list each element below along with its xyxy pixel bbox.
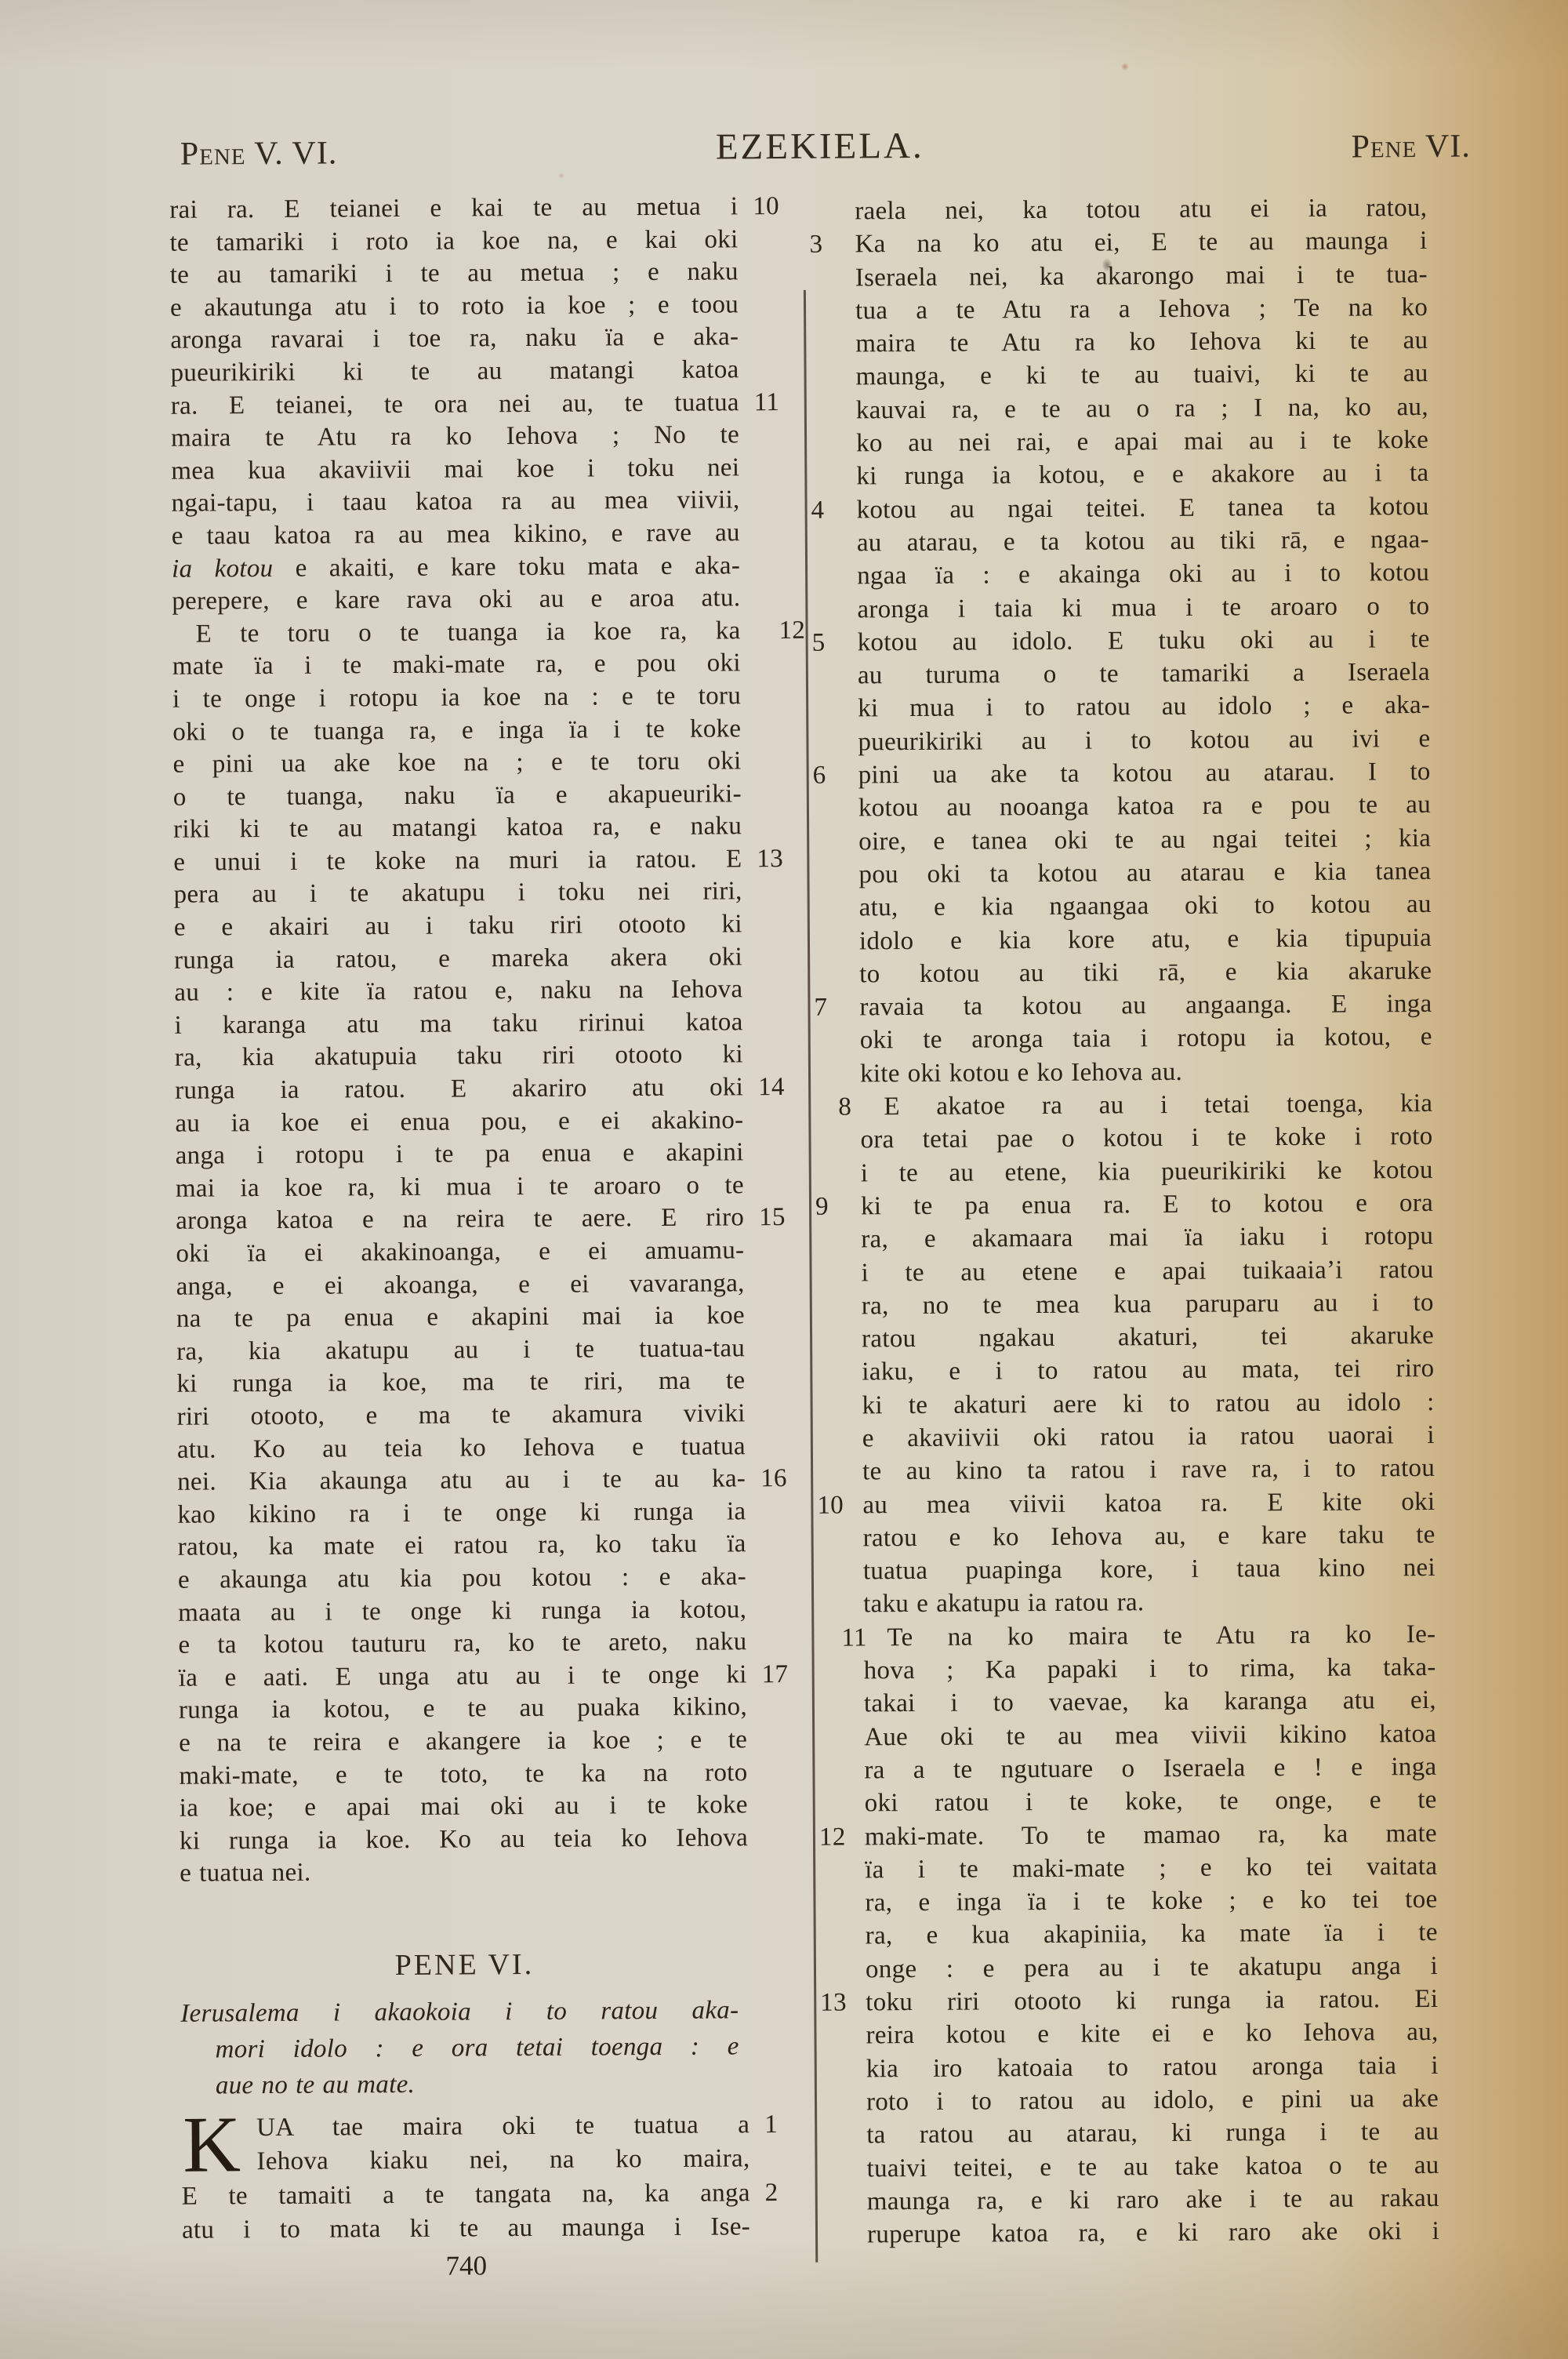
line-text: raela nei, ka totou atu ei ia ratou, — [855, 194, 1427, 225]
line-text: pini ua ake ta kotou au atarau. I to — [858, 758, 1431, 789]
line-text: reira kotou e kite ei e ko Iehova au, — [866, 2018, 1438, 2049]
text-line: Ierusalema i akaokoia i to ratou aka- — [180, 1992, 739, 2031]
line-text: tua a te Atu ra a Iehova ; Te na ko — [855, 293, 1428, 325]
line-text: onge : e pera au i te akatupu anga i — [866, 1952, 1438, 1983]
text-line: kia iro katoaia to ratou aronga taia i — [866, 2049, 1439, 2086]
line-text: ko au nei rai, e apai mai au i te koke — [856, 426, 1428, 457]
line-text: pera au i te akatupu i toku nei riri, — [173, 878, 742, 909]
text-line: ora tetai pae o kotou i te koke i roto — [860, 1120, 1432, 1157]
line-text: ra, e inga ïa i te koke ; e ko tei toe — [865, 1885, 1437, 1917]
text-line: o te tuanga, naku ïa e akapueuriki- — [173, 778, 742, 814]
text-line: 16nei. Kia akaunga atu au i te au ka- — [177, 1463, 746, 1499]
text-line: kite oki kotou e ko Iehova au. — [860, 1054, 1432, 1091]
verse-number: 5 — [812, 627, 826, 660]
line-text: ra, e kua akapiniia, ka mate ïa i te — [866, 1918, 1438, 1950]
line-text: idolo e kia kore atu, e kia tipupuia — [859, 923, 1432, 954]
line-text: nei. Kia akaunga atu au i te au ka- — [177, 1464, 746, 1496]
line-text: kotou au ngai teitei. E tanea ta kotou — [857, 493, 1429, 524]
text-line: takai i to vaevae, ka karanga atu ei, — [864, 1684, 1436, 1721]
text-line: au atarau, e ta kotou au tiki rā, e ngaa… — [857, 523, 1429, 560]
text-line: 10rai ra. E teianei e kai te au metua i — [169, 191, 738, 227]
verse-number: 12 — [755, 615, 805, 648]
text-line: ia koe; e apai mai oki au i te koke — [180, 1789, 748, 1825]
line-text: au turuma o te tamariki a Iseraela — [858, 658, 1430, 689]
line-text: maunga, e ki te au tuaivi, ki te au — [855, 359, 1428, 391]
line-text: e taau katoa ra au mea kikino, e rave au — [172, 518, 740, 550]
line-text: oire, e tanea oki te au ngai teitei ; ki… — [858, 824, 1431, 856]
text-line: 9ki te pa enua ra. E to kotou e ora — [861, 1187, 1433, 1223]
line-text: e tuatua nei. — [180, 1859, 310, 1888]
text-line: 15aronga katoa e na reira te aere. E rir… — [176, 1202, 744, 1238]
text-line: te au tamariki i te au metua ; e naku — [170, 256, 739, 293]
line-text: maata au i te onge ki runga ia kotou, — [178, 1595, 746, 1627]
verse-number: 12 — [819, 1820, 846, 1854]
text-line: ra, no te mea kua paruparu au i to — [862, 1286, 1434, 1323]
text-line: e akaunga atu kia pou kotou : e aka- — [178, 1561, 746, 1597]
verse-number: 1 — [764, 2108, 778, 2143]
text-line: runga ia ratou, e mareka akera oki — [174, 941, 742, 977]
line-text: UA tae maira oki te tuatua a — [256, 2110, 750, 2142]
text-line: au turuma o te tamariki a Iseraela — [858, 656, 1430, 692]
line-text: mori idolo : e ora tetai toenga : e — [215, 2032, 739, 2063]
text-line: ratou ngakau akaturi, tei akaruke — [862, 1319, 1434, 1356]
line-text: tuaivi teitei, e te au take katoa o te a… — [866, 2150, 1439, 2182]
text-line: i te onge i rotopu ia koe na : e te toru — [172, 680, 741, 716]
verse-number: 2 — [765, 2176, 779, 2211]
line-text: ïa i te maki-mate ; e ko tei vaitata — [865, 1852, 1437, 1884]
text-line: ia kotou e akaiti, e kare toku mata e ak… — [172, 550, 740, 586]
text-line: pueurikiriki ki te au matangi katoa — [170, 354, 739, 390]
line-text: tuatua puapinga kore, i taua kino nei — [863, 1554, 1436, 1585]
text-line: ïa i te maki-mate ; e ko tei vaitata — [865, 1850, 1437, 1887]
line-text: E te tamaiti a te tangata na, ka anga — [182, 2179, 750, 2210]
text-line: anga i rotopu i te pa enua e akapini — [176, 1137, 744, 1173]
text-line: e na te reira e akangere ia koe ; e te — [179, 1724, 747, 1760]
line-text: takai i to vaevae, ka karanga atu ei, — [864, 1686, 1436, 1717]
verse-number: 17 — [762, 1659, 789, 1692]
text-line: ra, e kua akapiniia, ka mate ïa i te — [866, 1916, 1438, 1953]
text-line: 5kotou au idolo. E tuku oki au i te — [858, 623, 1430, 660]
text-line: aue no te au mate. — [181, 2064, 739, 2103]
text-line: aronga ravarai i toe ra, naku ïa e aka- — [170, 322, 739, 358]
line-text: ki te pa enua ra. E to kotou e ora — [861, 1189, 1433, 1220]
text-line: hova ; Ka papaki i to rima, ka taka- — [864, 1651, 1436, 1688]
text-line: taku e akatupu ia ratou ra. — [863, 1584, 1436, 1621]
text-line: 3Ka na ko atu ei, E te au maunga i — [855, 224, 1427, 261]
line-text: te au tamariki i te au metua ; e naku — [170, 258, 739, 289]
chapter-opening-paragraph: K 1UA tae maira oki te tuatua aIehova ki… — [181, 2108, 750, 2248]
line-text: atu, e kia ngaangaa oki to kotou au — [859, 890, 1432, 921]
verse-number: 13 — [820, 1986, 847, 2020]
line-text: rai ra. E teianei e kai te au metua i — [169, 192, 738, 224]
line-text: ra, kia akatupu au i te tuatua-tau — [176, 1334, 745, 1365]
text-line: Aue oki te au mea viivii kikino katoa — [864, 1717, 1436, 1754]
text-line: e taau katoa ra au mea kikino, e rave au — [172, 517, 740, 553]
text-line: oire, e tanea oki te au ngai teitei ; ki… — [858, 822, 1431, 859]
line-text: ia koe; e apai mai oki au i te koke — [180, 1790, 748, 1822]
line-text: ruperupe katoa ra, e ki raro ake oki i — [867, 2217, 1439, 2248]
line-text: kite oki kotou e ko Iehova au. — [860, 1058, 1182, 1089]
text-line: tuatua puapinga kore, i taua kino nei — [863, 1551, 1436, 1588]
line-text: roto i to ratou au idolo, e pini ua ake — [866, 2085, 1439, 2116]
line-text: au : e kite ïa ratou e, naku na Iehova — [174, 976, 742, 1007]
line-text: ki runga ia koe, ma te riri, ma te — [176, 1367, 745, 1398]
text-line: to kotou au tiki rā, e kia akaruke — [859, 954, 1432, 991]
line-text: pueurikiriki ki te au matangi katoa — [170, 355, 739, 387]
line-text: taku e akatupu ia ratou ra. — [863, 1589, 1144, 1619]
column-divider-rule — [804, 290, 818, 2263]
text-line: pera au i te akatupu i toku nei riri, — [173, 876, 742, 912]
line-text: ratou e ko Iehova au, e kare taku te — [863, 1521, 1436, 1552]
text-line: 14runga ia ratou. E akariro atu oki — [175, 1071, 743, 1107]
text-line: iaku, e i to ratou au mata, tei riro — [862, 1352, 1434, 1389]
text-line: ta ratou au atarau, ki runga i te au — [866, 2115, 1439, 2152]
line-text: runga ia kotou, e te au puaka kikino, — [179, 1693, 747, 1725]
page-content: Pene V. VI. EZEKIELA. Pene VI. 10rai ra.… — [0, 0, 1568, 2359]
line-text: E akatoe ra au i tetai toenga, kia — [884, 1089, 1432, 1121]
text-line: ko au nei rai, e apai mai au i te koke — [856, 423, 1428, 460]
verse-number: 16 — [760, 1463, 787, 1496]
text-line: reira kotou e kite ei e ko Iehova au, — [866, 2016, 1438, 2052]
chapter-summary: Ierusalema i akaokoia i to ratou aka-mor… — [180, 1992, 739, 2103]
line-text: maki-mate. To te mamao ra, ka mate — [865, 1819, 1437, 1850]
line-text: Te na ko maira te Atu ra ko Ie- — [887, 1620, 1436, 1652]
line-text: ngai-tapu, i taau katoa ra au mea viivii… — [171, 486, 739, 518]
line-text: te au kino ta ratou i rave ra, i to rato… — [862, 1454, 1435, 1485]
verse-number: 11 — [754, 387, 780, 420]
text-line: pou oki ta kotou au atarau e kia tanea — [858, 855, 1431, 892]
text-line: mate ïa i te maki-mate ra, e pou oki — [172, 648, 741, 684]
line-text: toku riri otooto ki runga ia ratou. Ei — [866, 1985, 1438, 2016]
text-line: mea kua akaviivii mai koe i toku nei — [171, 452, 739, 488]
line-text: maki-mate, e te toto, te ka na roto — [179, 1758, 747, 1790]
text-line: i te au etene, kia pueurikiriki ke kotou — [861, 1154, 1433, 1190]
text-line: ki runga ia kotou, e e akakore au i ta — [856, 456, 1428, 493]
line-text: te tamariki i roto ia koe na, e kai oki — [169, 225, 738, 256]
italic-phrase: ia kotou — [172, 554, 274, 583]
text-line: idolo e kia kore atu, e kia tipupuia — [859, 921, 1432, 958]
line-text: aue no te au mate. — [216, 2070, 415, 2100]
line-text: i te au etene e apai tuikaaia’i ratou — [861, 1255, 1433, 1286]
text-line: kao kikino ra i te onge ki runga ia — [177, 1496, 746, 1532]
text-line: maunga, e ki te au tuaivi, ki te au — [855, 357, 1428, 394]
text-line: ruperupe katoa ra, e ki raro ake oki i — [867, 2215, 1439, 2252]
line-text: e akaiti, e kare toku mata e aka- — [273, 551, 740, 583]
line-text: au ia koe ei enua pou, e ei akakino- — [175, 1106, 743, 1137]
line-text: ra, e akamaara mai ïa iaku i rotopu — [861, 1222, 1433, 1253]
line-text: atu i to mata ki te au maunga i Ise- — [182, 2213, 750, 2245]
line-text: Ka na ko atu ei, E te au maunga i — [855, 227, 1427, 258]
text-line: mai ia koe ra, ki mua i te aroaro o te — [176, 1169, 744, 1205]
text-line: riki ki te au matangi katoa ra, e naku — [173, 811, 742, 847]
text-line: ra a te ngutuare o Iseraela e ! e inga — [864, 1750, 1436, 1787]
right-text-column: raela nei, ka totou atu ei ia ratou,3Ka … — [855, 191, 1439, 2252]
text-line: ki mua i to ratou au idolo ; e aka- — [858, 689, 1430, 725]
line-text: au atarau, e ta kotou au tiki rā, e ngaa… — [857, 525, 1429, 557]
text-line: 6pini ua ake ta kotou au atarau. I to — [858, 755, 1431, 792]
line-text: perepere, e kare rava oki au e aroa atu. — [172, 583, 740, 615]
text-line: mori idolo : e ora tetai toenga : e — [180, 2028, 739, 2067]
text-line: roto i to ratou au idolo, e pini ua ake — [866, 2082, 1439, 2119]
line-text: e na te reira e akangere ia koe ; e te — [179, 1725, 747, 1757]
text-line: 4kotou au ngai teitei. E tanea ta kotou — [856, 490, 1428, 527]
verse-number: 8 — [815, 1090, 851, 1124]
line-text: pou oki ta kotou au atarau e kia tanea — [858, 857, 1431, 889]
text-line: e akautunga atu i to roto ia koe ; e too… — [170, 289, 739, 325]
line-text: maira te Atu ra ko Iehova ; No te — [171, 420, 739, 452]
verse-number: 6 — [813, 759, 826, 792]
text-line: raela nei, ka totou atu ei ia ratou, — [855, 191, 1427, 228]
text-line: Iehova kiaku nei, na ko maira, — [181, 2143, 750, 2180]
text-line: ra, e akamaara mai ïa iaku i rotopu — [861, 1219, 1433, 1256]
text-line: oki o te tuanga ra, e inga ïa i te koke — [172, 713, 741, 749]
line-text: runga ia ratou, e mareka akera oki — [174, 943, 742, 974]
text-line: te au kino ta ratou i rave ra, i to rato… — [862, 1452, 1435, 1488]
text-line: maunga ra, e ki raro ake i te au rakau — [867, 2182, 1439, 2219]
line-text: e e akairi au i taku riri otooto ki — [174, 910, 742, 941]
verse-number: 15 — [759, 1201, 786, 1234]
line-text: aronga i taia ki mua i te aroaro o to — [857, 592, 1429, 623]
running-head-right: Pene VI. — [1351, 128, 1471, 166]
text-line: i te au etene e apai tuikaaia’i ratou — [861, 1252, 1433, 1289]
text-line: na te pa enua e akapini mai ia koe — [176, 1300, 745, 1336]
text-line: au ia koe ei enua pou, e ei akakino- — [175, 1104, 743, 1140]
text-line: pueurikiriki au i to kotou au ivi e — [858, 722, 1430, 759]
line-text: maunga ra, e ki raro ake i te au rakau — [867, 2184, 1439, 2215]
text-line: e tuatua nei. — [180, 1855, 748, 1891]
text-line: maata au i te onge ki runga ia kotou, — [178, 1594, 746, 1630]
line-text: to kotou au tiki rā, e kia akaruke — [859, 957, 1432, 988]
line-text: e ta kotou tauturu ra, ko te areto, naku — [178, 1627, 746, 1659]
text-line: e pini ua ake koe na ; e te toru oki — [172, 745, 741, 781]
line-text: e akaviivii oki ratou ia ratou uaorai i — [862, 1421, 1435, 1452]
text-line: ki runga ia koe, ma te riri, ma te — [176, 1365, 745, 1401]
verse-number: 4 — [811, 493, 824, 526]
text-line: Iseraela nei, ka akarongo mai i te tua- — [855, 258, 1428, 295]
text-line: te tamariki i roto ia koe na, e kai oki — [169, 224, 738, 260]
text-line: ratou, ka mate ei ratou ra, ko taku ïa — [178, 1528, 746, 1565]
line-text: aronga ravarai i toe ra, naku ïa e aka- — [170, 323, 739, 354]
text-line: e ta kotou tauturu ra, ko te areto, naku — [178, 1626, 746, 1662]
text-line: 12maki-mate. To te mamao ra, ka mate — [865, 1816, 1437, 1853]
line-text: mai ia koe ra, ki mua i te aroaro o te — [176, 1171, 744, 1202]
text-line: e e akairi au i taku riri otooto ki — [174, 908, 742, 944]
line-text: ra, kia akatupuia taku riri otooto ki — [175, 1041, 743, 1072]
text-line: oki ratou i te koke, te onge, e te — [865, 1783, 1437, 1820]
text-line: ra, kia akatupu au i te tuatua-tau — [176, 1332, 745, 1369]
line-text: ki runga ia kotou, e e akakore au i ta — [856, 459, 1428, 490]
text-line: kotou au nooanga katoa ra e pou te au — [858, 788, 1431, 825]
verse-number: 7 — [814, 991, 827, 1024]
line-text: ora tetai pae o kotou i te koke i roto — [860, 1122, 1432, 1154]
line-text: ravaia ta kotou au angaanga. E inga — [859, 990, 1432, 1021]
line-text: mate ïa i te maki-mate ra, e pou oki — [172, 649, 741, 681]
line-text: ki runga ia koe. Ko au teia ko Iehova — [180, 1823, 748, 1855]
running-head-title: EZEKIELA. — [716, 125, 924, 169]
text-line: 7ravaia ta kotou au angaanga. E inga — [859, 987, 1432, 1024]
line-text: e unui i te koke na muri ia ratou. E — [173, 845, 742, 876]
line-text: riki ki te au matangi katoa ra, e naku — [173, 812, 742, 844]
verse-number: 9 — [815, 1190, 829, 1223]
text-line: ratou e ko Iehova au, e kare taku te — [863, 1518, 1436, 1555]
line-text: ngaa ïa : e akainga oki au i to kotou — [857, 558, 1429, 590]
line-text: kao kikino ra i te onge ki runga ia — [177, 1497, 746, 1528]
text-line: oki te aronga taia i rotopu ia kotou, e — [860, 1020, 1432, 1057]
line-text: oki te aronga taia i rotopu ia kotou, e — [860, 1023, 1432, 1054]
text-line: 10au mea viivii katoa ra. E kite oki — [862, 1485, 1435, 1522]
text-line: e akaviivii oki ratou ia ratou uaorai i — [862, 1419, 1435, 1456]
text-line: ngai-tapu, i taau katoa ra au mea viivii… — [171, 485, 739, 521]
text-line: tuaivi teitei, e te au take katoa o te a… — [866, 2148, 1439, 2185]
line-text: aronga katoa e na reira te aere. E riro — [176, 1204, 744, 1235]
text-line: runga ia kotou, e te au puaka kikino, — [179, 1692, 747, 1728]
text-line: kauvai ra, e te au o ra ; I na, ko au, — [856, 391, 1428, 427]
line-text: oki ïa ei akakinoanga, e ei amuamu- — [176, 1236, 744, 1267]
line-text: i karanga atu ma taku ririnui katoa — [175, 1008, 743, 1039]
line-text: Ierusalema i akaokoia i to ratou aka- — [180, 1996, 739, 2027]
line-text: e akautunga atu i to roto ia koe ; e too… — [170, 290, 739, 322]
text-line: ki runga ia koe. Ko au teia ko Iehova — [180, 1822, 748, 1858]
text-line: oki ïa ei akakinoanga, e ei amuamu- — [176, 1234, 744, 1270]
line-text: ra, no te mea kua paruparu au i to — [862, 1289, 1434, 1320]
left-text-column: 10rai ra. E teianei e kai te au metua it… — [169, 191, 750, 2285]
text-line: 1UA tae maira oki te tuatua a — [181, 2108, 750, 2146]
text-line: maira te Atu ra ko Iehova ki te au — [855, 324, 1428, 361]
line-text: oki ratou i te koke, te onge, e te — [865, 1786, 1437, 1817]
line-text: i te onge i rotopu ia koe na : e te toru — [172, 682, 741, 713]
verse-number: 10 — [817, 1488, 844, 1522]
text-line: tua a te Atu ra a Iehova ; Te na ko — [855, 291, 1428, 328]
text-line: perepere, e kare rava oki au e aroa atu. — [172, 582, 740, 618]
line-text: E te toru o te tuanga ia koe ra, ka — [195, 616, 740, 648]
text-line: 11ra. E teianei, te ora nei au, te tuatu… — [171, 387, 739, 423]
line-text: pueurikiriki au i to kotou au ivi e — [858, 725, 1430, 756]
line-text: na te pa enua e akapini mai ia koe — [176, 1302, 745, 1333]
line-text: atu. Ko au teia ko Iehova e tuatua — [177, 1432, 746, 1463]
line-text: Iehova kiaku nei, na ko maira, — [256, 2145, 750, 2176]
text-line: ra, e inga ïa i te koke ; e ko tei toe — [865, 1883, 1437, 1920]
chapter-heading: PENE VI. — [180, 1945, 749, 1984]
line-text: maira te Atu ra ko Iehova ki te au — [855, 326, 1428, 358]
line-text: ra a te ngutuare o Iseraela e ! e inga — [864, 1753, 1436, 1784]
verse-number: 3 — [809, 228, 822, 261]
left-column-lines: 10rai ra. E teianei e kai te au metua it… — [169, 191, 748, 1890]
text-line: atu. Ko au teia ko Iehova e tuatua — [177, 1430, 746, 1467]
line-text: runga ia ratou. E akariro atu oki — [175, 1073, 743, 1104]
line-text: ratou, ka mate ei ratou ra, ko taku ïa — [178, 1530, 746, 1561]
line-text: kauvai ra, e te au o ra ; I na, ko au, — [856, 393, 1428, 424]
text-line: 11Te na ko maira te Atu ra ko Ie- — [863, 1618, 1436, 1655]
line-text: mea kua akaviivii mai koe i toku nei — [171, 453, 739, 485]
text-line: 2E te tamaiti a te tangata na, ka anga — [182, 2176, 750, 2214]
text-line: atu, e kia ngaangaa oki to kotou au — [859, 888, 1432, 925]
line-text: o te tuanga, naku ïa e akapueuriki- — [173, 780, 742, 811]
line-text: kotou au nooanga katoa ra e pou te au — [858, 791, 1431, 822]
line-text: oki o te tuanga ra, e inga ïa i te koke — [172, 714, 741, 746]
text-line: riri otooto, e ma te akamura viviki — [177, 1398, 746, 1434]
line-text: anga, e ei akoanga, e ei vavaranga, — [176, 1269, 745, 1300]
text-line: 13toku riri otooto ki runga ia ratou. Ei — [866, 1983, 1438, 2019]
verse-number: 13 — [757, 843, 783, 876]
text-line: onge : e pera au i te akatupu anga i — [866, 1950, 1438, 1986]
line-text: Iseraela nei, ka akarongo mai i te tua- — [855, 260, 1428, 292]
line-text: au mea viivii katoa ra. E kite oki — [862, 1488, 1435, 1519]
line-text: kia iro katoaia to ratou aronga taia i — [866, 2052, 1439, 2083]
line-text: ta ratou au atarau, ki runga i te au — [866, 2117, 1439, 2149]
line-text: riri otooto, e ma te akamura viviki — [177, 1399, 746, 1430]
right-column-lines: raela nei, ka totou atu ei ia ratou,3Ka … — [855, 191, 1439, 2252]
text-line: i karanga atu ma taku ririnui katoa — [175, 1006, 743, 1042]
line-text: Aue oki te au mea viivii kikino katoa — [864, 1720, 1436, 1751]
page-number: 740 — [182, 2246, 750, 2285]
text-line: 8E akatoe ra au i tetai toenga, kia — [860, 1087, 1432, 1124]
verse-number: 14 — [758, 1071, 785, 1104]
line-text: ïa e aati. E unga atu au i te onge ki — [179, 1660, 747, 1692]
text-line: ra, kia akatupuia taku riri otooto ki — [175, 1039, 743, 1075]
line-text: ra. E teianei, te ora nei au, te tuatua — [171, 388, 739, 420]
line-text: ki mua i to ratou au idolo ; e aka- — [858, 691, 1430, 722]
line-text: e akaunga atu kia pou kotou : e aka- — [178, 1562, 746, 1594]
verse-number: 11 — [818, 1621, 867, 1655]
line-text: hova ; Ka papaki i to rima, ka taka- — [864, 1653, 1436, 1685]
text-line: 12E te toru o te tuanga ia koe ra, ka — [172, 615, 740, 651]
verse-number: 10 — [753, 191, 779, 224]
scanned-book-page: Pene V. VI. EZEKIELA. Pene VI. 10rai ra.… — [0, 0, 1568, 2359]
text-line: 17ïa e aati. E unga atu au i te onge ki — [179, 1659, 747, 1695]
line-text: i te au etene, kia pueurikiriki ke kotou — [861, 1156, 1433, 1187]
text-line: aronga i taia ki mua i te aroaro o to — [857, 590, 1429, 627]
line-text: e pini ua ake koe na ; e te toru oki — [172, 747, 741, 778]
running-head-left: Pene V. VI. — [180, 134, 338, 173]
text-line: anga, e ei akoanga, e ei vavaranga, — [176, 1267, 745, 1303]
line-text: ki te akaturi aere ki to ratou au idolo … — [862, 1388, 1434, 1419]
text-line: ngaa ïa : e akainga oki au i to kotou — [857, 556, 1429, 593]
text-line: atu i to mata ki te au maunga i Ise- — [182, 2211, 750, 2248]
text-line: maki-mate, e te toto, te ka na roto — [179, 1757, 747, 1793]
text-line: 13e unui i te koke na muri ia ratou. E — [173, 843, 742, 879]
line-text: iaku, e i to ratou au mata, tei riro — [862, 1354, 1434, 1386]
text-line: maira te Atu ra ko Iehova ; No te — [171, 419, 739, 455]
line-text: kotou au idolo. E tuku oki au i te — [858, 625, 1430, 656]
line-text: ratou ngakau akaturi, tei akaruke — [862, 1321, 1434, 1353]
text-line: ki te akaturi aere ki to ratou au idolo … — [862, 1386, 1434, 1423]
text-line: au : e kite ïa ratou e, naku na Iehova — [174, 974, 742, 1010]
line-text: anga i rotopu i te pa enua e akapini — [176, 1139, 744, 1170]
